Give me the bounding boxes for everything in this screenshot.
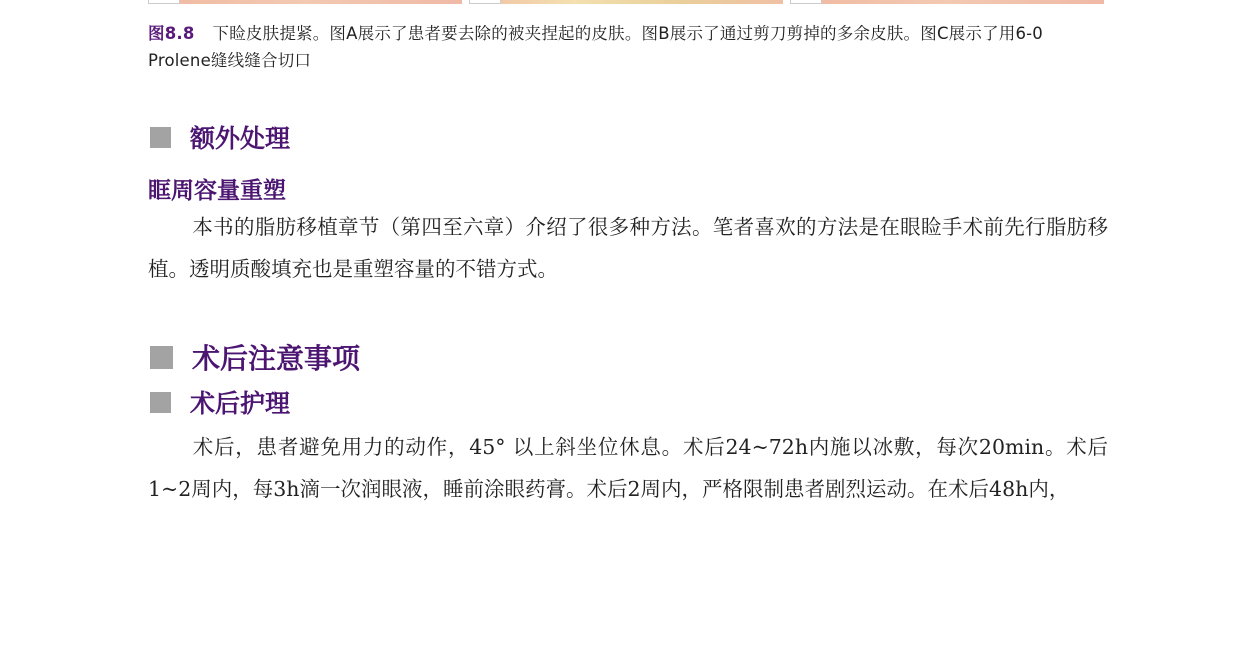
heading-text: 额外处理 — [190, 119, 290, 155]
subheading-postop-care: 术后护理 — [150, 384, 290, 420]
figure-image-strip — [148, 0, 1104, 4]
caption-text: 下睑皮肤提紧。图A展示了患者要去除的被夹捏起的皮肤。图B展示了通过剪刀剪掉的多余… — [148, 24, 1043, 70]
figure-caption: 图8.8下睑皮肤提紧。图A展示了患者要去除的被夹捏起的皮肤。图B展示了通过剪刀剪… — [148, 20, 1108, 74]
heading-text: 术后注意事项 — [192, 337, 360, 377]
square-bullet-icon — [150, 392, 171, 413]
paragraph-text: 本书的脂肪移植章节（第四至六章）介绍了很多种方法。笔者喜欢的方法是在眼睑手术前先… — [148, 215, 1108, 281]
figure-panel-a — [148, 0, 462, 4]
paragraph-postop-care: 术后，患者避免用力的动作，45° 以上斜坐位休息。术后24~72h内施以冰敷，每… — [148, 426, 1108, 510]
figure-number: 图8.8 — [148, 24, 195, 43]
figure-panel-b — [469, 0, 783, 4]
square-bullet-icon — [150, 127, 171, 148]
figure-panel-c — [790, 0, 1104, 4]
section-heading-postop: 术后注意事项 — [150, 337, 360, 377]
square-bullet-icon — [150, 346, 173, 369]
section-heading-extra-treatment: 额外处理 — [150, 119, 290, 155]
paragraph-text: 术后，患者避免用力的动作，45° 以上斜坐位休息。术后24~72h内施以冰敷，每… — [148, 435, 1108, 501]
subheading-periorbital-volume: 眶周容量重塑 — [148, 172, 286, 205]
paragraph-volume: 本书的脂肪移植章节（第四至六章）介绍了很多种方法。笔者喜欢的方法是在眼睑手术前先… — [148, 206, 1108, 290]
panel-label-box — [469, 0, 501, 4]
panel-label-box — [790, 0, 822, 4]
panel-label-box — [148, 0, 180, 4]
heading-text: 术后护理 — [190, 384, 290, 420]
